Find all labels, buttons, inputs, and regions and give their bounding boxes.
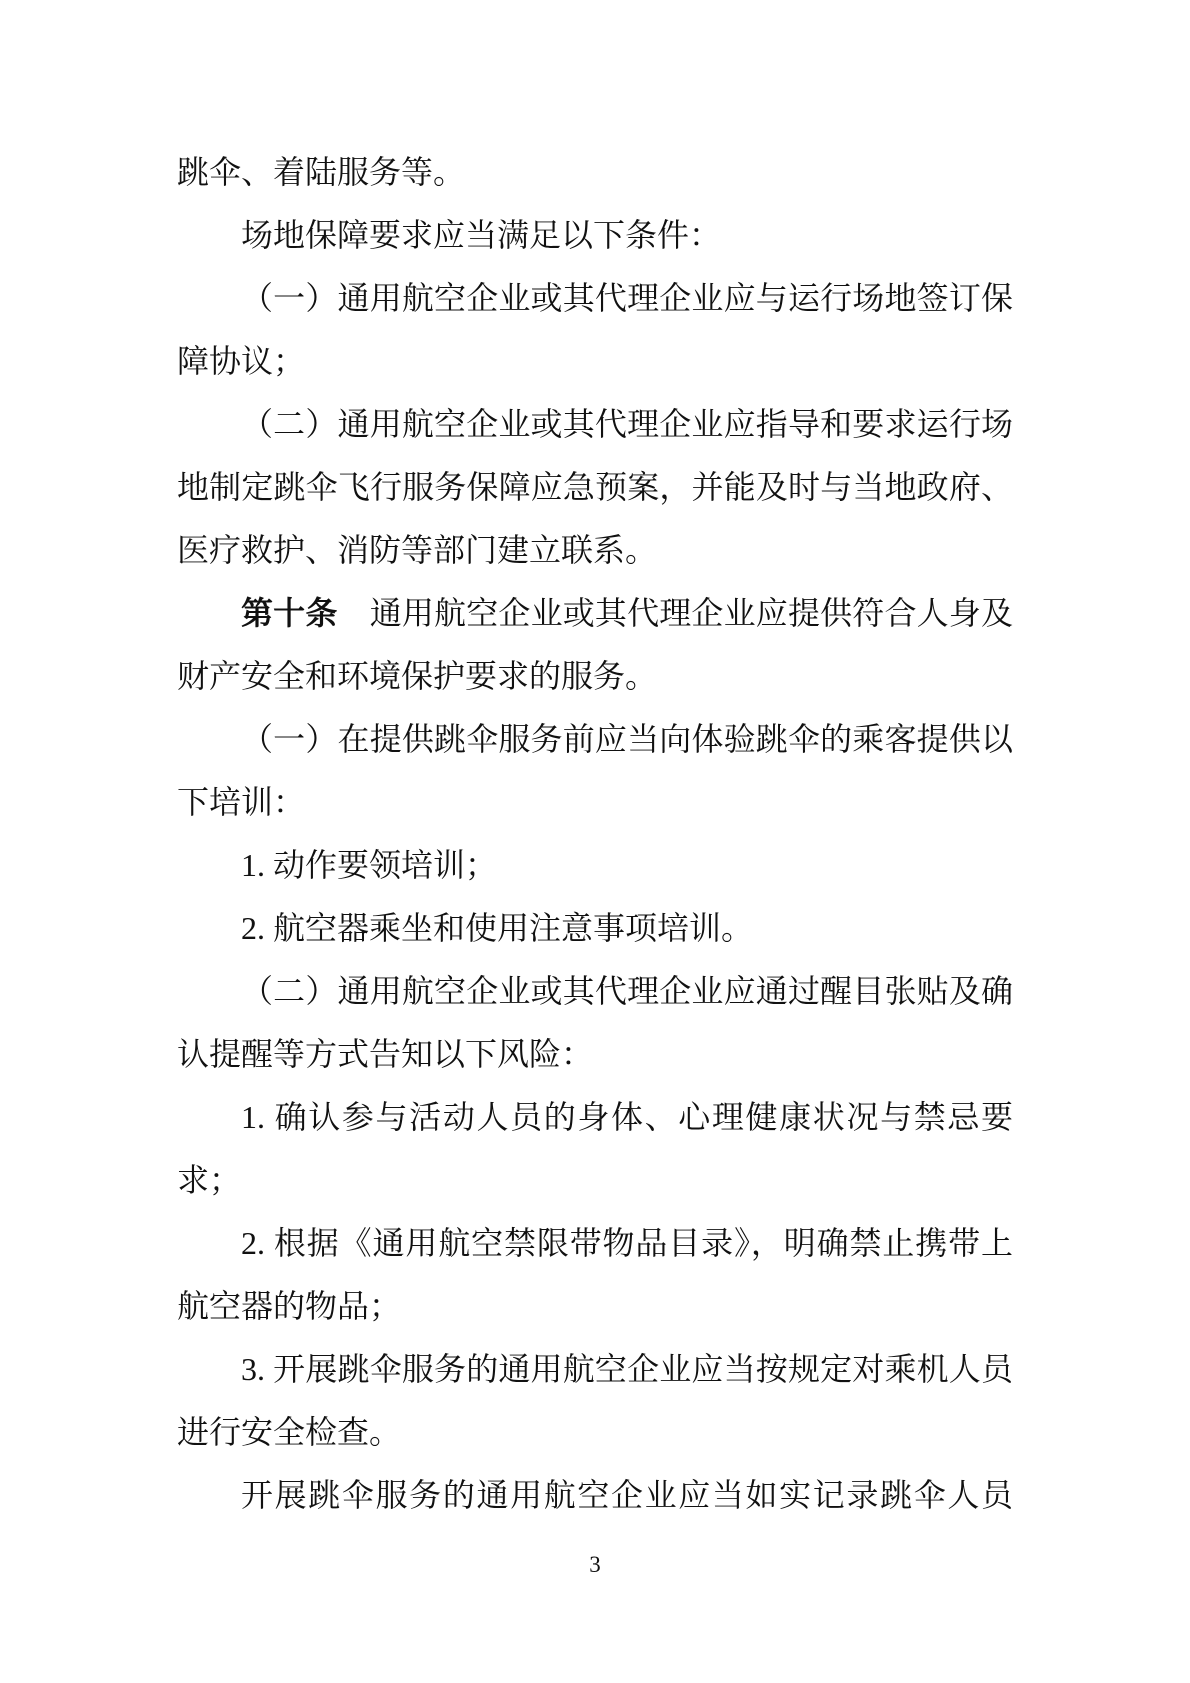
paragraph-risk-1: 1. 确认参与活动人员的身体、心理健康状况与禁忌要求； [177, 1086, 1013, 1212]
paragraph-text: 2. 根据《通用航空禁限带物品目录》，明确禁止携带上航空器的物品； [177, 1225, 1013, 1324]
paragraph-text: 1. 动作要领培训； [241, 847, 497, 883]
paragraph-text: 3. 开展跳伞服务的通用航空企业应当按规定对乘机人员进行安全检查。 [177, 1351, 1013, 1450]
paragraph-text: 跳伞、着陆服务等。 [177, 154, 465, 190]
page-number: 3 [0, 1550, 1190, 1580]
paragraph-condition-1: （一）通用航空企业或其代理企业应与运行场地签订保障协议； [177, 267, 1013, 393]
paragraph-text: 开展跳伞服务的通用航空企业应当如实记录跳伞人员 [241, 1477, 1013, 1513]
paragraph-article-10: 第十条 通用航空企业或其代理企业应提供符合人身及财产安全和环境保护要求的服务。 [177, 582, 1013, 708]
document-body: 跳伞、着陆服务等。 场地保障要求应当满足以下条件： （一）通用航空企业或其代理企… [177, 141, 1013, 1527]
paragraph-text: 1. 确认参与活动人员的身体、心理健康状况与禁忌要求； [177, 1099, 1013, 1198]
paragraph-text: （二）通用航空企业或其代理企业应指导和要求运行场地制定跳伞飞行服务保障应急预案，… [177, 406, 1013, 568]
paragraph-record-requirement: 开展跳伞服务的通用航空企业应当如实记录跳伞人员 [177, 1464, 1013, 1527]
paragraph-text: （二）通用航空企业或其代理企业应通过醒目张贴及确认提醒等方式告知以下风险： [177, 973, 1013, 1072]
paragraph-item-1-training: （一）在提供跳伞服务前应当向体验跳伞的乘客提供以下培训： [177, 708, 1013, 834]
paragraph-text: 2. 航空器乘坐和使用注意事项培训。 [241, 910, 753, 946]
paragraph-continuation-from-previous-page: 跳伞、着陆服务等。 [177, 141, 1013, 204]
paragraph-text: （一）通用航空企业或其代理企业应与运行场地签订保障协议； [177, 280, 1013, 379]
paragraph-text: （一）在提供跳伞服务前应当向体验跳伞的乘客提供以下培训： [177, 721, 1013, 820]
article-number: 第十条 [241, 595, 338, 631]
paragraph-site-support-conditions: 场地保障要求应当满足以下条件： [177, 204, 1013, 267]
paragraph-text: 场地保障要求应当满足以下条件： [241, 217, 721, 253]
document-page: 跳伞、着陆服务等。 场地保障要求应当满足以下条件： （一）通用航空企业或其代理企… [0, 0, 1190, 1683]
paragraph-training-1: 1. 动作要领培训； [177, 834, 1013, 897]
paragraph-training-2: 2. 航空器乘坐和使用注意事项培训。 [177, 897, 1013, 960]
paragraph-risk-3: 3. 开展跳伞服务的通用航空企业应当按规定对乘机人员进行安全检查。 [177, 1338, 1013, 1464]
paragraph-risk-2: 2. 根据《通用航空禁限带物品目录》，明确禁止携带上航空器的物品； [177, 1212, 1013, 1338]
paragraph-item-2-risk-notice: （二）通用航空企业或其代理企业应通过醒目张贴及确认提醒等方式告知以下风险： [177, 960, 1013, 1086]
paragraph-condition-2: （二）通用航空企业或其代理企业应指导和要求运行场地制定跳伞飞行服务保障应急预案，… [177, 393, 1013, 582]
